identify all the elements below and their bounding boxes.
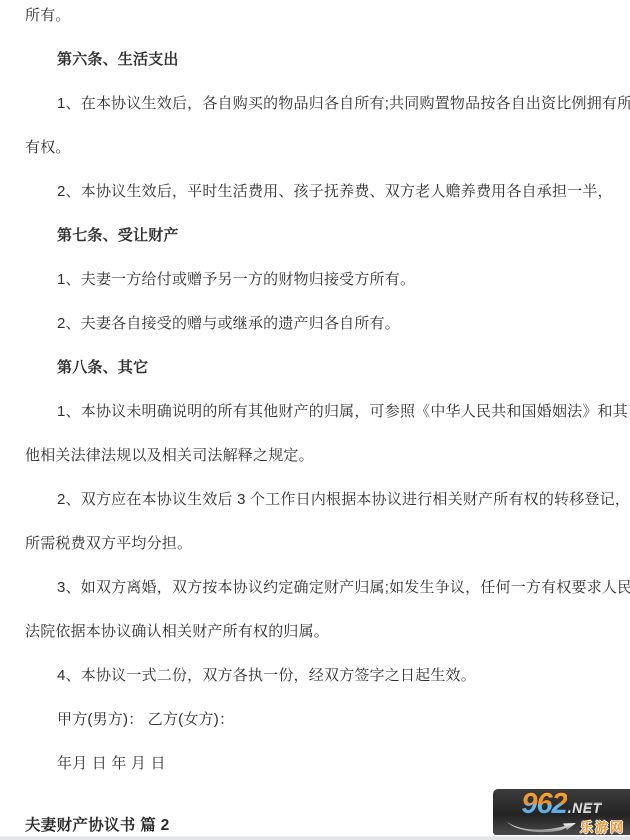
agreement-body: 所有。 第六条、生活支出 1、在本协议生效后，各自购买的物品归各自所有;共同购置… (25, 4, 626, 796)
section-heading-6: 第六条、生活支出 (25, 48, 626, 92)
paragraph-line: 有权。 (25, 136, 626, 180)
paragraph-line: 2、双方应在本协议生效后 3 个工作日内根据本协议进行相关财产所有权的转移登记， (25, 488, 626, 532)
logo-bottom-row: 乐游网 (493, 817, 630, 835)
paragraph-line: 2、夫妻各自接受的赠与或继承的遗产归各自所有。 (25, 312, 626, 356)
section-heading-8: 第八条、其它 (25, 356, 626, 400)
section-heading-7: 第七条、受让财产 (25, 224, 626, 268)
paragraph-line: 1、夫妻一方给付或赠予另一方的财物归接受方所有。 (25, 268, 626, 312)
swoosh-arrow-icon (506, 819, 578, 834)
paragraph-line: 他相关法律法规以及相关司法解释之规定。 (25, 444, 626, 488)
logo-962-text: 962 (521, 790, 566, 818)
logo-net-text: .NET (568, 800, 602, 816)
paragraph-line: 法院依据本协议确认相关财产所有权的归属。 (25, 620, 626, 664)
document-page: 所有。 第六条、生活支出 1、在本协议生效后，各自购买的物品归各自所有;共同购置… (0, 0, 630, 840)
paragraph-line: 1、在本协议生效后，各自购买的物品归各自所有;共同购置物品按各自出资比例拥有所 (25, 92, 626, 136)
site-logo: 962 .NET 乐游网 (493, 789, 630, 835)
paragraph-line: 所需税费双方平均分担。 (25, 532, 626, 576)
logo-site-name: 乐游网 (580, 817, 625, 835)
next-section-title: 夫妻财产协议书 篇 2 (25, 813, 170, 835)
paragraph-line: 所有。 (25, 4, 626, 48)
paragraph-line: 4、本协议一式二份，双方各执一份，经双方签字之日起生效。 (25, 664, 626, 708)
signature-line: 甲方(男方)： 乙方(女方)： (25, 708, 626, 752)
bottom-strip (0, 836, 630, 840)
paragraph-line: 2、本协议生效后，平时生活费用、孩子抚养费、双方老人赡养费用各自承担一半， (25, 180, 626, 224)
paragraph-line: 3、如双方离婚，双方按本协议约定确定财产归属;如发生争议，任何一方有权要求人民 (25, 576, 626, 620)
logo-top-row: 962 .NET (493, 790, 630, 818)
paragraph-line: 1、本协议未明确说明的所有其他财产的归属，可参照《中华人民共和国婚姻法》和其 (25, 400, 626, 444)
